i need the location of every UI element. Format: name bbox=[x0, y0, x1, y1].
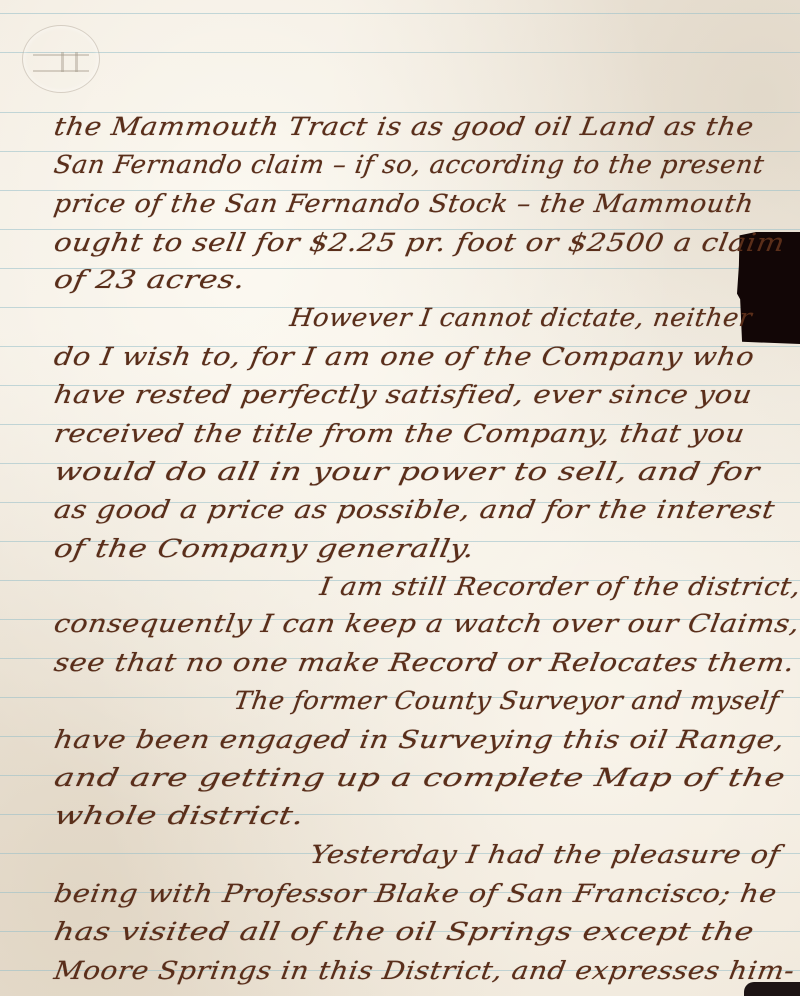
letter-line: has visited all of the oil Springs excep… bbox=[52, 917, 756, 946]
letter-page: the Mammouth Tract is as good oil Land a… bbox=[0, 0, 800, 996]
letter-line: ought to sell for $2.25 pr. foot or $250… bbox=[52, 228, 787, 257]
letter-line: of the Company generally. bbox=[52, 534, 477, 563]
letter-line: I am still Recorder of the district, bbox=[318, 572, 800, 601]
letter-line: see that no one make Record or Relocates… bbox=[52, 648, 797, 677]
letter-line: the Mammouth Tract is as good oil Land a… bbox=[52, 112, 756, 141]
letter-line: would do all in your power to sell, and … bbox=[52, 457, 762, 486]
letter-line: have been engaged in Surveying this oil … bbox=[52, 725, 787, 754]
letter-line: being with Professor Blake of San Franci… bbox=[52, 879, 779, 908]
letter-line: whole district. bbox=[52, 801, 307, 830]
letter-line: However I cannot dictate, neither bbox=[288, 303, 754, 332]
letter-line: received the title from the Company, tha… bbox=[52, 419, 747, 448]
embossed-stamp-icon bbox=[22, 25, 100, 93]
letter-line: The former County Surveyor and myself bbox=[232, 686, 781, 715]
letter-line: of 23 acres. bbox=[52, 265, 248, 294]
letter-line: San Fernando claim – if so, according to… bbox=[52, 150, 766, 179]
letter-line: do I wish to, for I am one of the Compan… bbox=[52, 342, 757, 371]
letter-line: price of the San Fernando Stock – the Ma… bbox=[52, 189, 756, 218]
stamp-building-icon bbox=[33, 54, 89, 72]
letter-line: consequently I can keep a watch over our… bbox=[52, 609, 800, 638]
letter-line: Yesterday I had the pleasure of bbox=[308, 840, 782, 869]
letter-line: and are getting up a complete Map of the bbox=[52, 763, 788, 792]
letter-line: Moore Springs in this District, and expr… bbox=[52, 956, 797, 985]
letter-line: as good a price as possible, and for the… bbox=[52, 495, 777, 524]
letter-line: have rested perfectly satisfied, ever si… bbox=[52, 380, 755, 409]
